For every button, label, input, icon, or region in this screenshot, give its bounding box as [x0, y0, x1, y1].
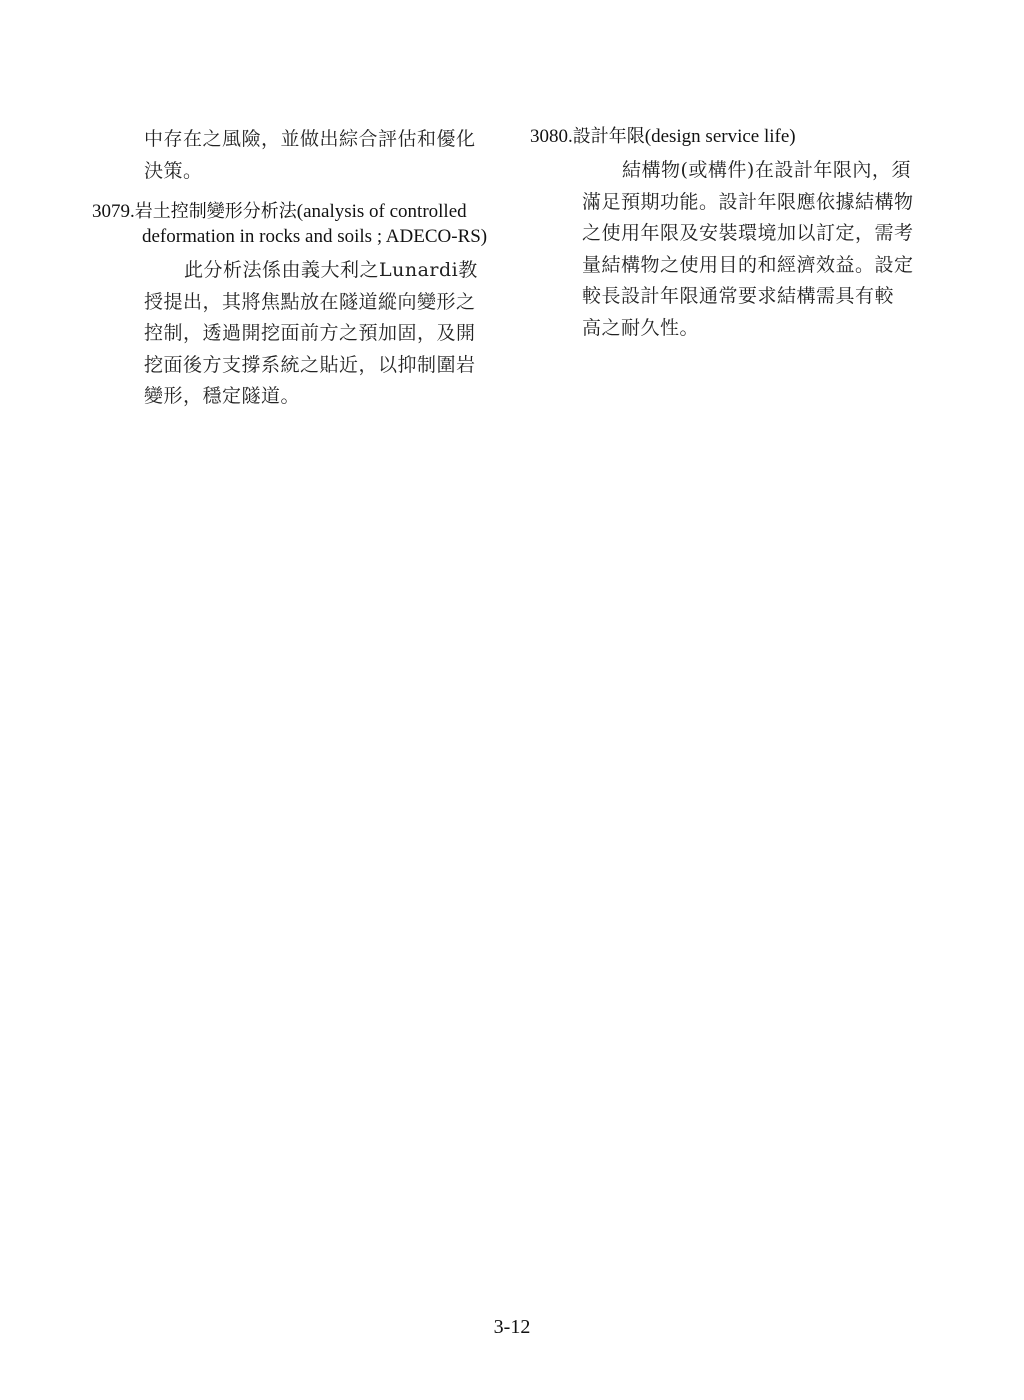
entry-term-zh: 岩土控制變形分析法	[135, 201, 297, 222]
text-line: 結構物(或構件)在設計年限內，須	[582, 155, 940, 187]
entry-number: 3080.	[530, 126, 573, 147]
text-line: 高之耐久性。	[582, 313, 940, 345]
entry-term-en: (design service life)	[645, 126, 796, 147]
text-line: 此分析法係由義大利之Lunardi教	[144, 255, 502, 287]
text-line: 滿足預期功能。設計年限應依據結構物	[582, 187, 940, 219]
left-column: 中存在之風險，並做出綜合評估和優化 決策。 3079.岩土控制變形分析法(ana…	[92, 124, 502, 413]
text-line: 較長設計年限通常要求結構需具有較	[582, 281, 940, 313]
right-column: 3080.設計年限(design service life) 結構物(或構件)在…	[530, 124, 940, 344]
entry-heading: 3079.岩土控制變形分析法(analysis of controlled de…	[92, 199, 502, 249]
text-line: 授提出，其將焦點放在隧道縱向變形之	[144, 287, 502, 319]
text-line: 變形，穩定隧道。	[144, 381, 502, 413]
continued-paragraph: 中存在之風險，並做出綜合評估和優化 決策。	[92, 124, 502, 187]
entry-term-en-continued: deformation in rocks and soils ; ADECO-R…	[92, 224, 502, 249]
entry-3080: 3080.設計年限(design service life) 結構物(或構件)在…	[530, 124, 940, 344]
entry-term-en: (analysis of controlled	[297, 201, 467, 222]
text-line: 挖面後方支撐系統之貼近，以抑制圍岩	[144, 350, 502, 382]
page-number: 3-12	[0, 1316, 1024, 1339]
entry-body: 結構物(或構件)在設計年限內，須 滿足預期功能。設計年限應依據結構物 之使用年限…	[530, 155, 940, 344]
entry-heading: 3080.設計年限(design service life)	[530, 124, 940, 149]
entry-number: 3079.	[92, 201, 135, 222]
text-line: 中存在之風險，並做出綜合評估和優化	[144, 124, 502, 156]
text-line: 之使用年限及安裝環境加以訂定，需考	[582, 218, 940, 250]
entry-body: 此分析法係由義大利之Lunardi教 授提出，其將焦點放在隧道縱向變形之 控制，…	[92, 255, 502, 413]
text-line: 量結構物之使用目的和經濟效益。設定	[582, 250, 940, 282]
text-line: 控制，透過開挖面前方之預加固，及開	[144, 318, 502, 350]
entry-3079: 3079.岩土控制變形分析法(analysis of controlled de…	[92, 199, 502, 413]
text-line: 決策。	[144, 156, 502, 188]
entry-term-zh: 設計年限	[573, 126, 645, 147]
